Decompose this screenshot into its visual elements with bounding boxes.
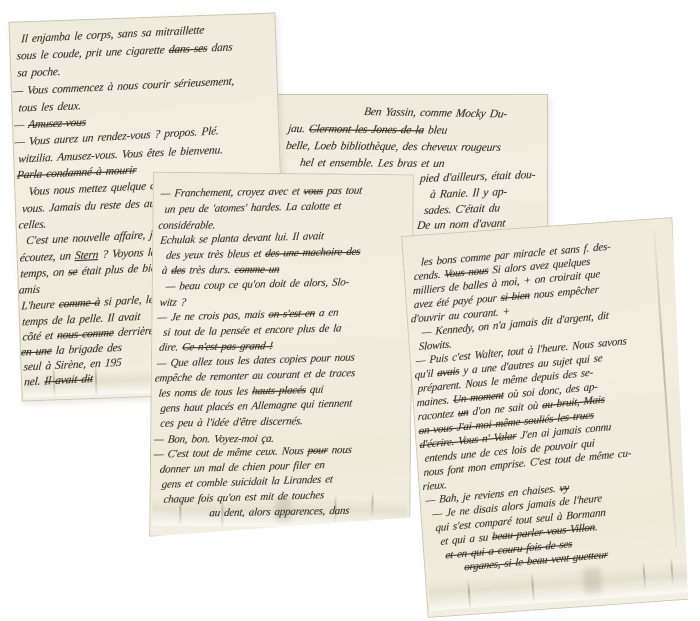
paper-crease (653, 228, 677, 547)
handwriting-line: jau. Clermont les Jones de la bleu (287, 123, 448, 137)
handwriting-line: Ben Yassin, comme Mocky Du- (363, 106, 508, 120)
handwriting-line: gens haut placés en Allemagne qui tienne… (160, 397, 353, 414)
handwriting-line: L'heure comme à si parle, le (21, 294, 154, 313)
paper-smudge (583, 567, 603, 594)
handwriting-line: belle, Loeb bibliothèque, des cheveux ro… (285, 140, 501, 154)
handwriting-line: écoutez, un Stern ? Voyons le (19, 247, 156, 265)
handwriting-line: dire. Ce n'est pas grand ! (158, 340, 273, 354)
handwriting-line: Parla condamné à mourir (16, 164, 137, 181)
handwriting-line: celles. (18, 219, 47, 232)
handwriting-line: à des très durs. comme un (161, 264, 280, 277)
handwriting-line: hel et ensemble. Les bras et un (299, 157, 445, 170)
handwriting-line: à Ranie. Il y ap- (429, 186, 507, 201)
handwriting-line: sa poche. (17, 66, 61, 80)
handwriting-line: temps, on se était plus de bien (20, 262, 162, 280)
handwriting-line: witzilia. Amusez-vous. Vous êtes le bien… (18, 144, 223, 165)
handwriting-line: — Amusez-vous (14, 116, 87, 131)
handwriting-line: un peu de 'atomes' hardes. La calotte et (164, 200, 342, 216)
handwriting-line: — beau coup ce qu'on doit de alors, Slo- (165, 276, 349, 293)
handwriting-line: si tout de la pensée et encore plus de l… (163, 322, 342, 338)
handwriting-line: ces peu à l'idée d'être discernés. (160, 415, 304, 430)
handwriting-line: considérable. (158, 220, 216, 232)
handwriting-line: tous les deux. (18, 100, 82, 114)
handwriting-line: — Bon, bon. Voyez-moi ça. (153, 433, 274, 446)
handwriting-line: les noms de tous les hauts placés qui (158, 384, 324, 400)
handwriting-line: Il enjamba le corps, sans sa mitraillett… (21, 24, 205, 45)
handwriting-line: rieux. (422, 479, 447, 493)
handwriting-line: — Je ne crois pas, mais on s'est en a en (157, 307, 339, 324)
handwriting-line: Echulak se planta devant lui. Il avait (160, 230, 325, 247)
handwriting-line: en une la brigade des (21, 342, 123, 359)
handwriting-line: Slowits. (418, 338, 451, 353)
manuscript-photo: Il enjamba le corps, sans sa mitraillett… (0, 0, 700, 621)
handwriting-line: C'est une nouvelle affaire, je (26, 229, 158, 247)
handwriting-line: au dent, alors apparences, dans (209, 505, 350, 519)
handwriting-line: witz ? (159, 297, 187, 309)
handwriting-line: empêche de remonter au courant et de tra… (154, 367, 355, 385)
handwriting-line: donner un mal de chien pour filer en (159, 459, 325, 476)
handwriting-line: côté et nous comme derrière (22, 325, 154, 343)
handwriting-line: — Vous commencez à nous courir sérieusem… (12, 76, 234, 98)
handwriting-line: amis (18, 284, 40, 297)
manuscript-page-3: — Franchement, croyez avec et vous pas t… (149, 172, 414, 540)
handwriting-line: vous. Jamais du reste des autres (22, 197, 172, 215)
handwriting-line: sous le coude, prit une cigarette dans s… (16, 41, 233, 62)
handwriting-line: des yeux très bleus et des une machoire … (165, 246, 360, 262)
handwriting-line: pied d'ailleurs, était dou- (419, 169, 535, 185)
manuscript-page-4: les bons comme par miracle et sans f. de… (401, 217, 699, 618)
handwriting-line: — C'est tout de même ceux. Nous pour nou… (153, 444, 352, 461)
handwriting-line: gens et comble suicidait la Lirandes et (161, 473, 333, 490)
paper-crease (371, 492, 373, 516)
handwriting-line: — Franchement, croyez avec et vous pas t… (160, 185, 363, 200)
handwriting-line: sades. C'était du (423, 202, 500, 217)
